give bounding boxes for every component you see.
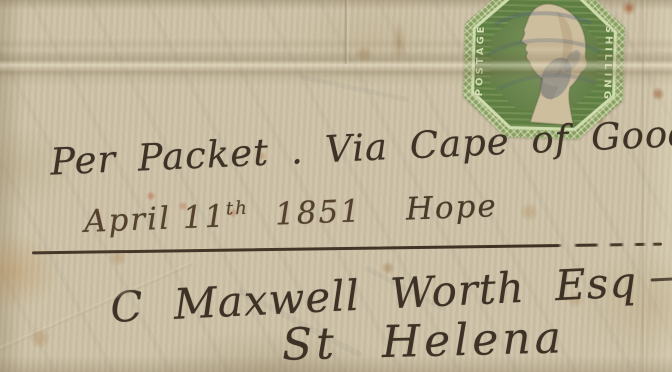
date-year: 1851	[274, 193, 362, 232]
date-line-handwriting: April 11th1851Hope	[83, 188, 498, 240]
date-main: April 11	[83, 198, 226, 239]
routing-line-handwriting: Per Packet . Via Cape of Good	[49, 111, 672, 183]
pen-flourish-dash	[651, 275, 672, 282]
pencil-smudge	[301, 75, 410, 103]
destination-continuation: Hope	[405, 188, 498, 228]
envelope-front: ONE POSTAGE SHILLING Per Packet . Via Ca…	[0, 0, 672, 372]
vertical-crease-top	[344, 0, 349, 64]
ink-rule-line	[32, 243, 662, 255]
vertical-crease-right	[641, 0, 646, 372]
destination-handwriting: St Helena	[281, 312, 565, 370]
date-superscript: th	[226, 198, 250, 220]
